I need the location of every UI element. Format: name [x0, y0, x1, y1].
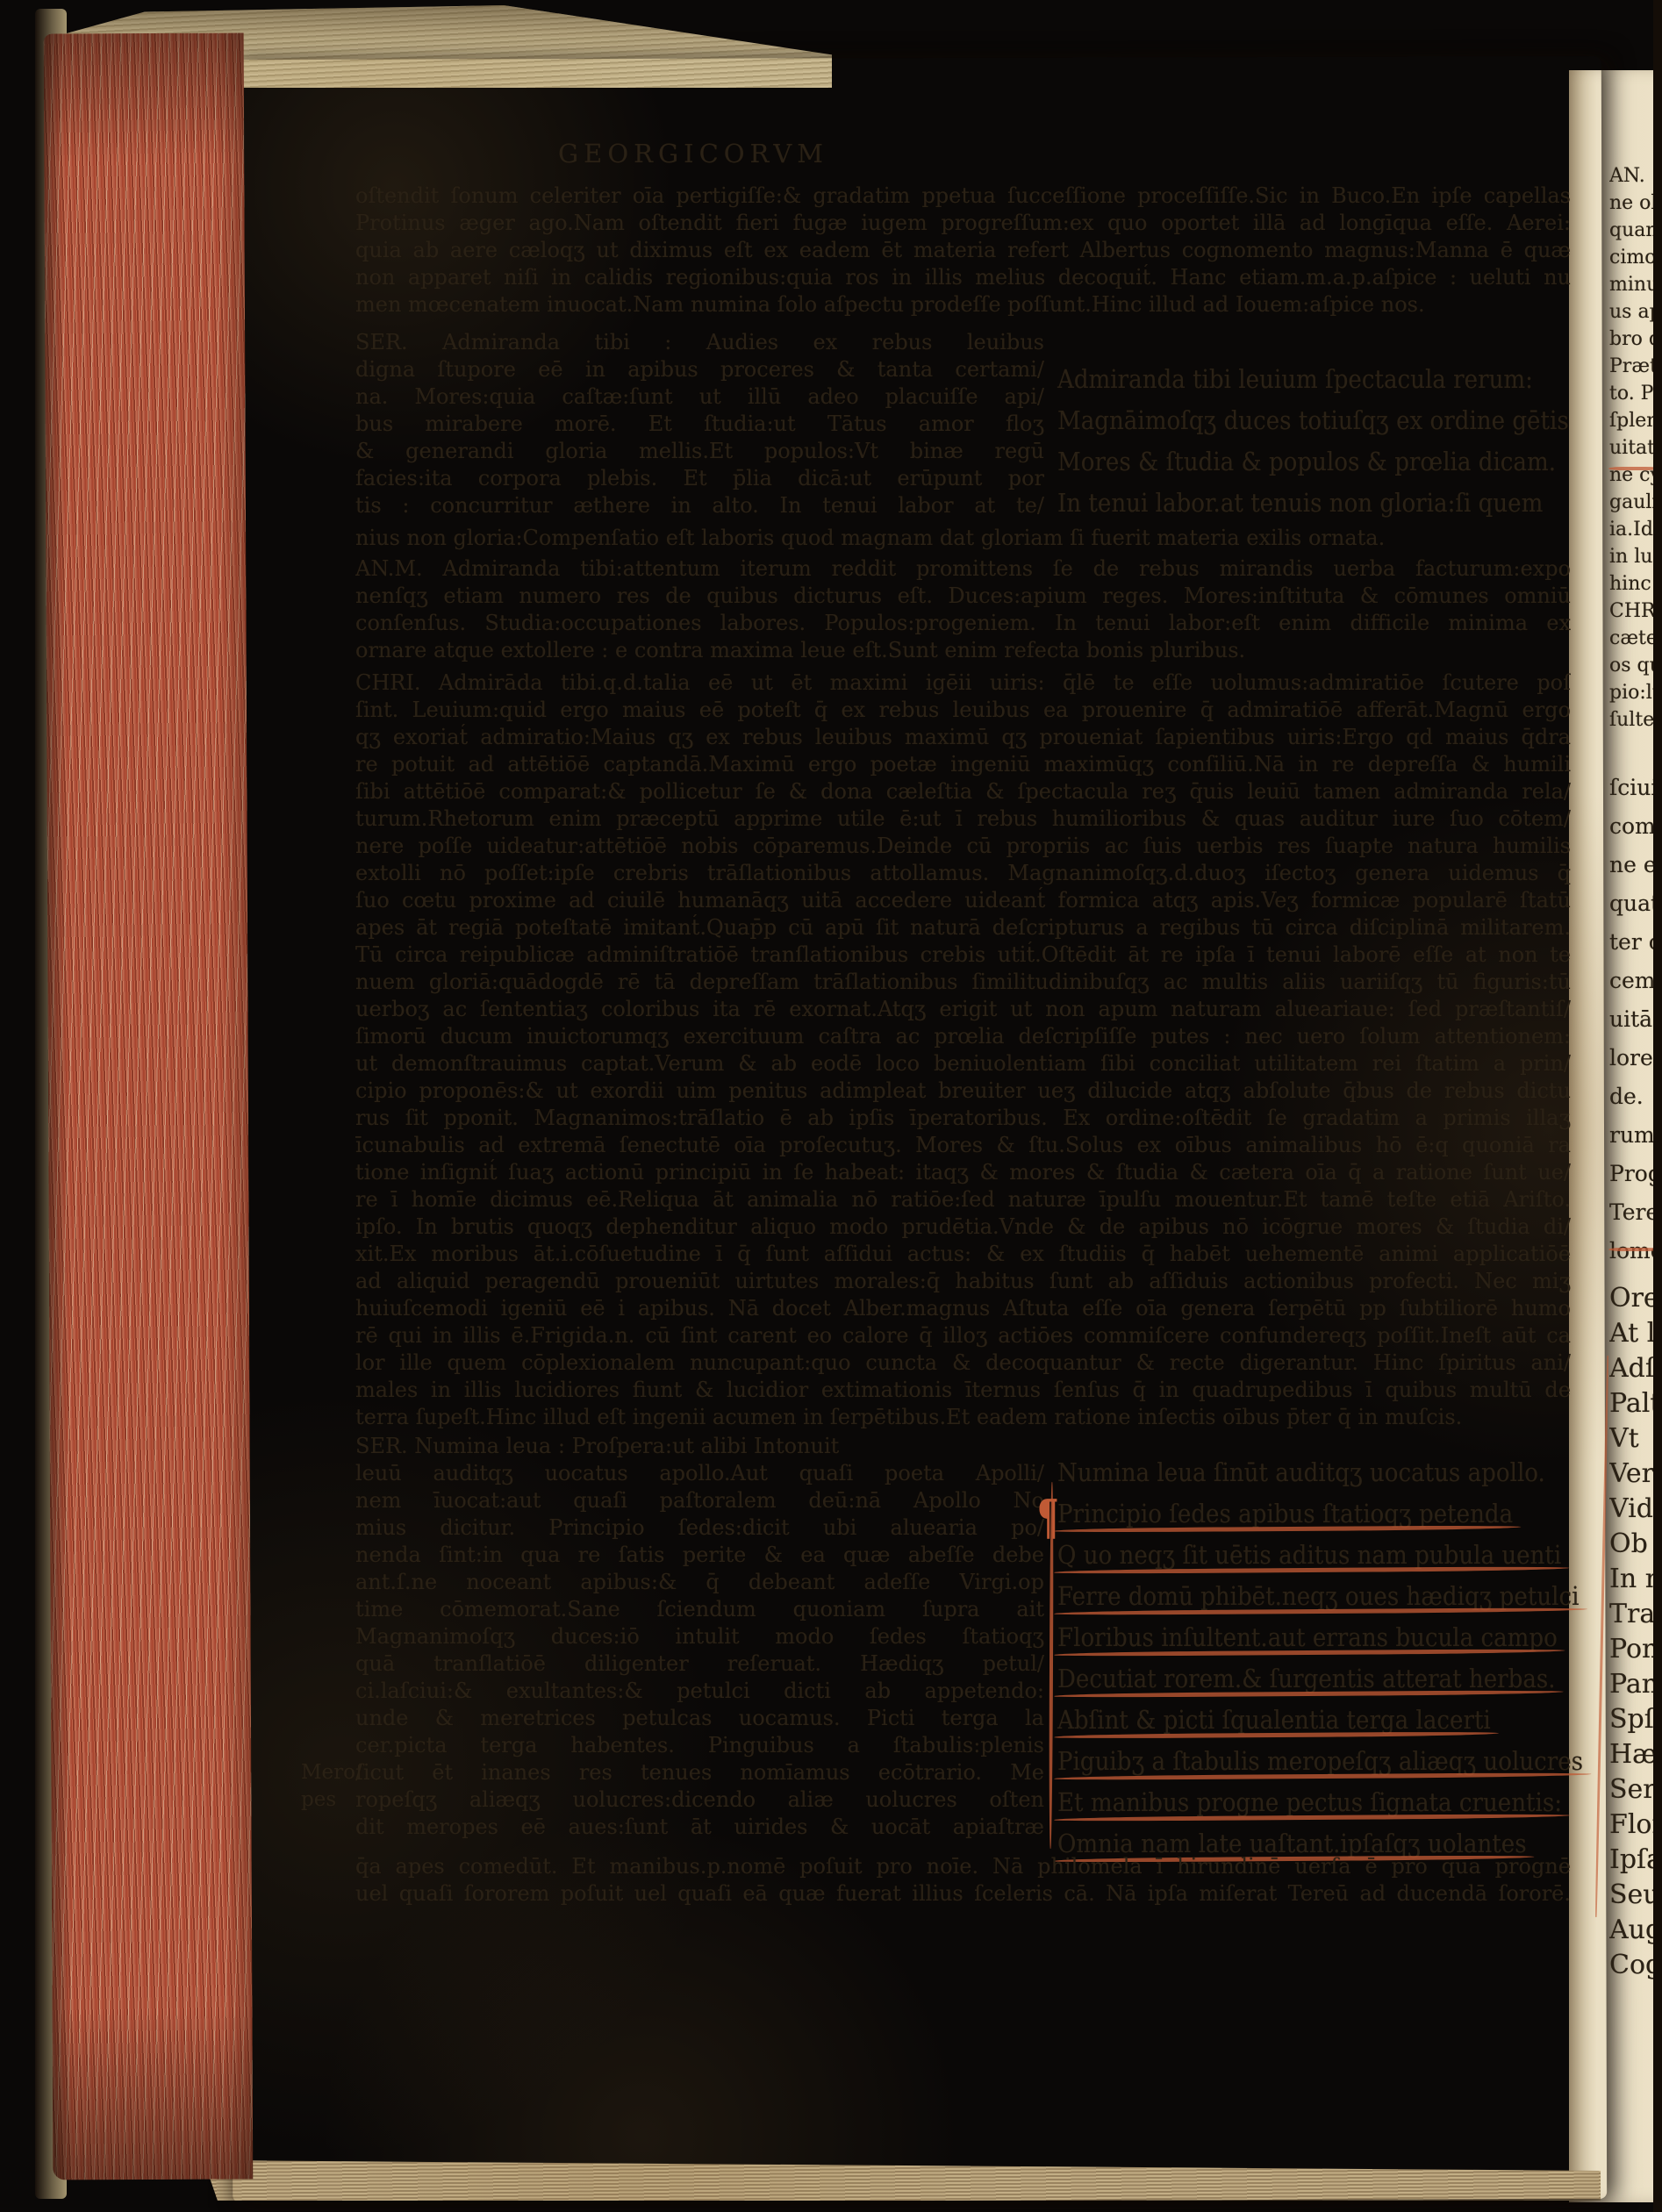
rubric-pilcrow-mark: ¶: [1037, 1501, 1059, 1536]
text-line: ant.ſ.ne noceant apibus:& q̄ debeant ade…: [355, 1569, 1044, 1596]
text-line: re ī homīe dicimus eē.Reliqua āt animali…: [355, 1186, 1571, 1213]
text-line: cipio proponēs:& ut exordii uim penitus …: [355, 1077, 1571, 1105]
text-line: tis : concurritur æthere in alto. In ten…: [355, 492, 1044, 519]
verse-line: Abſint & picti ſqualentia terga lacerti: [1057, 1700, 1571, 1741]
text-line: ſuo cœtu proxime ad ciuilē humanāqʒ uitā…: [355, 887, 1571, 914]
margin-note-line: Mero/: [301, 1759, 362, 1786]
verse-line: Admiranda tibi leuium ſpectacula rerum:: [1057, 359, 1571, 400]
margin-note-line: pes: [301, 1786, 362, 1814]
next-page-rubric-underline: [1608, 467, 1659, 470]
text-line: tione inſignit́ ſuaʒ actionū principiū i…: [355, 1159, 1571, 1186]
verse-block-1: Admiranda tibi leuium ſpectacula rerum:M…: [1057, 359, 1571, 524]
text-line: nuem gloriā:quādogdē rē tā depreſſam trā…: [355, 969, 1571, 996]
text-line: leuū auditqʒ uocatus apollo.Aut quaſi po…: [355, 1460, 1044, 1487]
bridge-line: nius non gloria:Compenſatio eſt laboris …: [355, 525, 1571, 552]
text-line: non apparet niſi in calidis regionibus:q…: [355, 264, 1571, 291]
text-line: & generandi gloria mellis.Et populos:Vt …: [355, 438, 1044, 465]
anm-commentary: AN.M. Admiranda tibi:attentum iterum red…: [355, 555, 1571, 664]
text-line: ci.laſciui:& exultantes:& petulci dicti …: [355, 1678, 1044, 1705]
main-text-block: GEORGICORVM oſtendit ſonum celeriter oīa…: [355, 140, 1571, 1908]
verse-line: Piguibʒ a ſtabulis meropeſqʒ aliæqʒ uolu…: [1057, 1741, 1571, 1782]
text-line: conſenſus. Studia:occupationes labores. …: [355, 610, 1571, 637]
text-line: unde & meretrices petulcas uocamus. Pict…: [355, 1705, 1044, 1732]
text-line: SER. Numina leua : Proſpera:ut alibi Int…: [355, 1433, 1044, 1460]
text-line: SER. Admiranda tibi : Audies ex rebus le…: [355, 329, 1044, 356]
verse-line: Principio ſedes apibus ſtatioqʒ petenda: [1057, 1493, 1571, 1535]
verse-line: Q uo neqʒ ſit uētis aditus nam pubula ue…: [1057, 1535, 1571, 1576]
text-line: Protinus æger ago.Nam oſtendit fieri fug…: [355, 210, 1571, 237]
text-line: turum.Rhetorum enim præceptū apprime uti…: [355, 805, 1571, 833]
book-fore-edge-red: [44, 33, 254, 2180]
text-line: oſtendit ſonum celeriter oīa pertigiſſe:…: [355, 183, 1571, 210]
text-line: mius dicitur. Principio ſedes:dicit ubi …: [355, 1514, 1044, 1542]
margin-note-meropes: Mero/ pes: [301, 1759, 362, 1814]
next-page-rubric-underline: [1608, 1248, 1659, 1251]
text-line: re potuit ad attētiōē captandā.Maximū er…: [355, 751, 1571, 778]
text-line: Magnanimoſqʒ duces:iō intulit modo ſedes…: [355, 1623, 1044, 1650]
text-line: lor ille quem cōplexionalem nuncupant:qu…: [355, 1349, 1571, 1377]
text-line: males in illis lucidiores fiunt & lucidi…: [355, 1377, 1571, 1404]
verse-line: In tenui labor.at tenuis non gloria:ſi q…: [1057, 483, 1571, 524]
text-line: apes āt regiā poteſtatē imitant́.Quap̄p …: [355, 914, 1571, 941]
verse-line: Mores & ſtudia & populos & prœlia dicam.: [1057, 441, 1571, 483]
text-line: ut demonſtrauimus captat.Verum & ab eodē…: [355, 1050, 1571, 1077]
text-line: ſicut ēt inanes res tenues nomīamus ecōt…: [355, 1759, 1044, 1786]
text-line: nenſqʒ etiam numero res de quibus dictur…: [355, 583, 1571, 610]
text-line: ſimorū ducum inuictorumqʒ exercituum caſ…: [355, 1023, 1571, 1050]
text-line: rus ſit pponit. Magnanimos:trāſlatio ē a…: [355, 1105, 1571, 1132]
servius-1-left-column: SER. Admiranda tibi : Audies ex rebus le…: [355, 329, 1044, 519]
text-line: nere poſſe uideatur:attētiōē nobis cōpar…: [355, 833, 1571, 860]
text-line: ad aliquid peragendū proueniūt uirtutes …: [355, 1268, 1571, 1295]
text-line: quā tranſlatiōē diligenter reſeruat. Hæd…: [355, 1650, 1044, 1678]
text-line: quia ab aere cæloqʒ ut diximus eſt ex ea…: [355, 237, 1571, 264]
photo-right-edge: [1653, 0, 1662, 2212]
verse-line: Ferre domū phibēt.neqʒ oues hædiqʒ petul…: [1057, 1576, 1571, 1617]
text-line: bus mirabere morē. Et ſtudia:ut Tātus am…: [355, 411, 1044, 438]
verse-line: Et manibus progne pectus ſignata cruenti…: [1057, 1782, 1571, 1823]
text-line: nenda ſint:in qua re ſatis perite & ea q…: [355, 1542, 1044, 1569]
text-line: extolli nō poſſet:ipſe crebris trāſlatio…: [355, 860, 1571, 887]
text-line: īcunabulis ad extremā ſenectutē oīa proſ…: [355, 1132, 1571, 1159]
verse-line: Numina leua ſinūt auditqʒ uocatus apollo…: [1057, 1452, 1571, 1493]
text-line: men mœcenatem inuocat.Nam numina ſolo aſ…: [355, 291, 1571, 319]
text-line: dit meropes eē aues:ſunt āt uirides & uo…: [355, 1814, 1044, 1841]
text-line: nem īuocat:aut quaſi paſtoralem deū:nā A…: [355, 1487, 1044, 1514]
verse-lines: Numina leua ſinūt auditqʒ uocatus apollo…: [1057, 1452, 1571, 1865]
text-line: uel quaſi ſororem poſuit uel quaſi eā qu…: [355, 1880, 1571, 1908]
text-line: cer.picta terga habentes. Pinguibus a ſt…: [355, 1732, 1044, 1759]
servius-2-left-column: SER. Numina leua : Proſpera:ut alibi Int…: [355, 1433, 1044, 1841]
text-line: xit.Ex moribus āt.i.cōſuetudine ī q̄ ſun…: [355, 1241, 1571, 1268]
servius-section-1: SER. Admiranda tibi : Audies ex rebus le…: [355, 329, 1571, 519]
servius-section-2: SER. Numina leua : Proſpera:ut alibi Int…: [355, 1433, 1571, 1841]
book-photo: GEORGICORVM oſtendit ſonum celeriter oīa…: [0, 0, 1662, 2212]
text-line: ſint. Leuium:quid ergo maius eē poteſt q…: [355, 697, 1571, 724]
text-line: na. Mores:quia caſtæ:ſunt ut illū adeo p…: [355, 383, 1044, 411]
text-line: ſibi attētiōē comparat:& pollicetur ſe &…: [355, 778, 1571, 805]
text-line: ipſo. In brutis quoqʒ dephenditur aliquo…: [355, 1213, 1571, 1241]
closing-lines: q̄a apes comedūt. Et manibus.p.nomē poſu…: [355, 1853, 1571, 1908]
verse-line: Decutiat rorem.& ſurgentis atterat herba…: [1057, 1658, 1571, 1700]
text-line: ornare atque extollere : e contra maxima…: [355, 637, 1571, 664]
commentary-paragraph-1: oſtendit ſonum celeriter oīa pertigiſſe:…: [355, 183, 1571, 319]
verse-block-2: ¶ Numina leua ſinūt auditqʒ uocatus apol…: [1057, 1452, 1571, 1865]
text-line: CHRI. Admirāda tibi.q.d.talia eē ut ēt m…: [355, 669, 1571, 697]
text-line: rē qui in illis ē.Frigida.n. cū ſint car…: [355, 1322, 1571, 1349]
text-line: uerboʒ ac ſententiaʒ coloribus ita rē ex…: [355, 996, 1571, 1023]
text-line: digna ſtupore eē in apibus proceres & ta…: [355, 356, 1044, 383]
text-line: ropeſqʒ aliæqʒ uolucres:dicendo aliæ uol…: [355, 1786, 1044, 1814]
text-line: qʒ exoriat́ admiratio:Maius qʒ ex rebus …: [355, 724, 1571, 751]
text-line: nius non gloria:Compenſatio eſt laboris …: [355, 525, 1571, 552]
text-line: AN.M. Admiranda tibi:attentum iterum red…: [355, 555, 1571, 583]
verse-line: Floribus inſultent.aut errans bucula cam…: [1057, 1617, 1571, 1658]
text-line: q̄a apes comedūt. Et manibus.p.nomē poſu…: [355, 1853, 1571, 1880]
text-line: terra ſupeſt.Hinc illud eſt ingenii acum…: [355, 1404, 1571, 1431]
text-line: Tū circa reipublicæ adminiſtratiōē tranſ…: [355, 941, 1571, 969]
running-title: GEORGICORVM: [355, 140, 1031, 175]
chri-commentary: CHRI. Admirāda tibi.q.d.talia eē ut ēt m…: [355, 669, 1571, 1431]
verse-line: Magnāimoſqʒ duces totiuſqʒ ex ordine gēt…: [1057, 400, 1571, 441]
text-line: huiuſcemodi igeniū eē i apibus. Nā docet…: [355, 1295, 1571, 1322]
text-line: time cōmemorat.Sane ſciendum quoniam ſup…: [355, 1596, 1044, 1623]
text-line: facies:ita corpora plebis. Et p̄lia dicā…: [355, 465, 1044, 492]
